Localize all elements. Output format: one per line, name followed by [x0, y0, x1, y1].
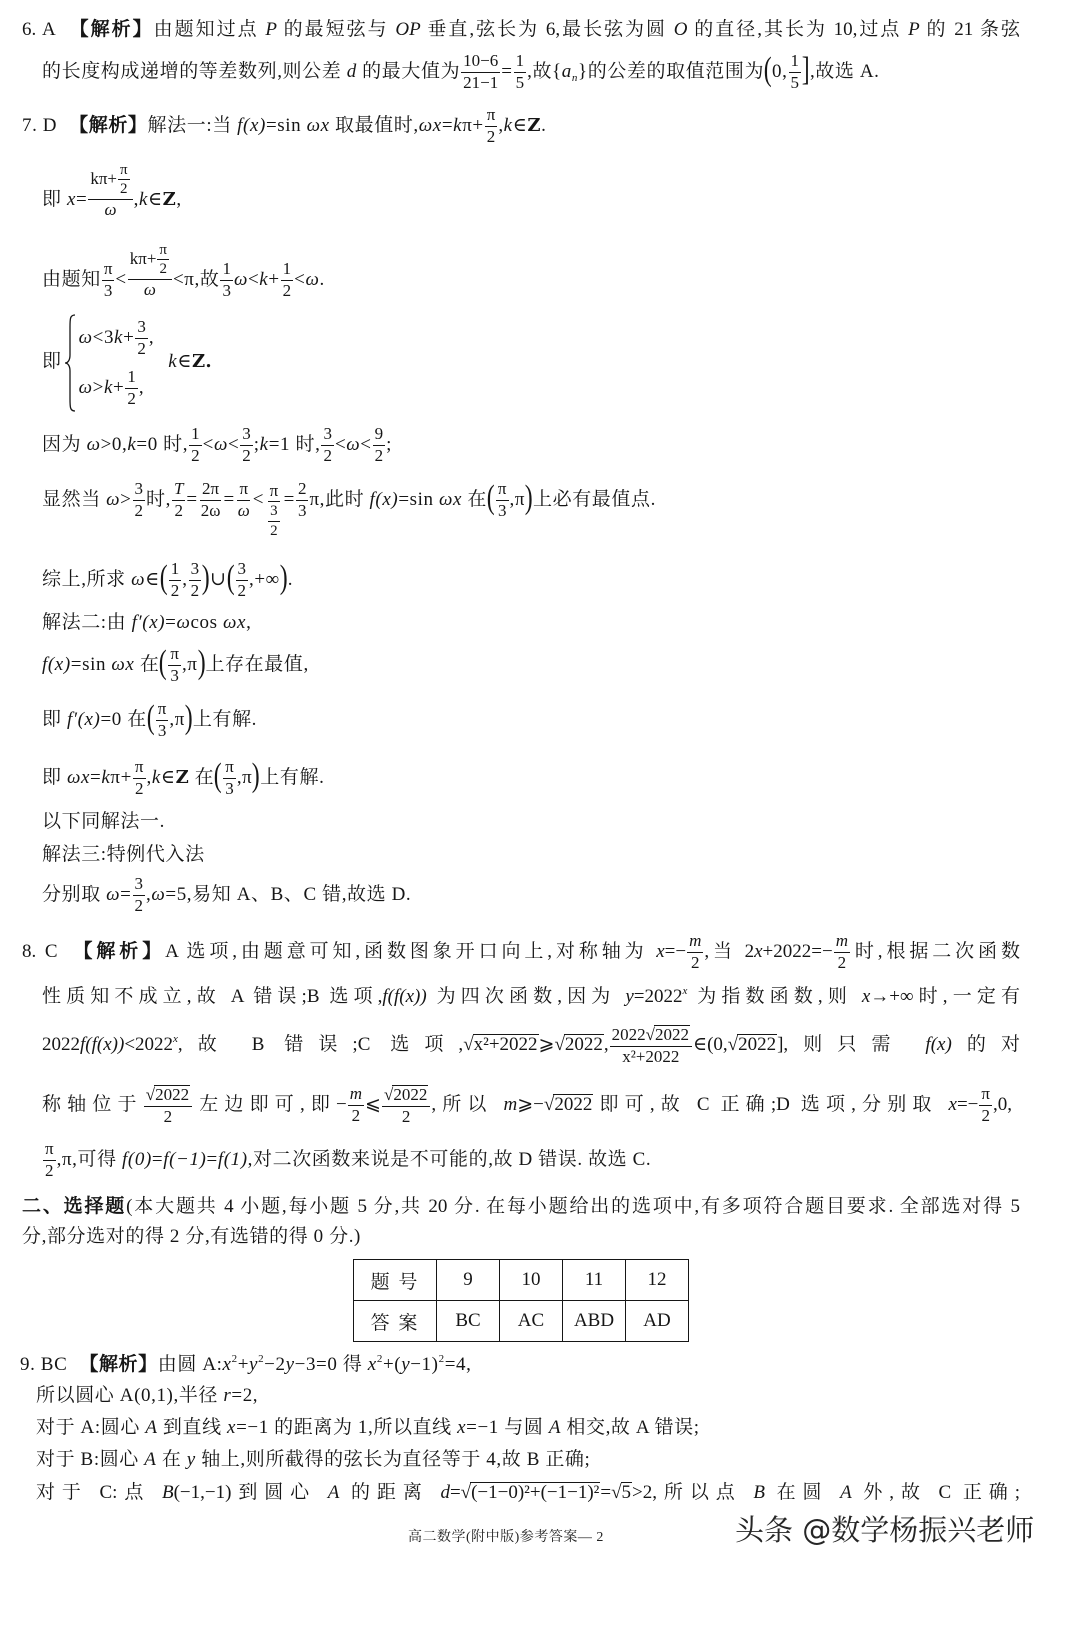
text: 由题知 — [42, 269, 101, 290]
text: <π,故 — [173, 269, 219, 290]
math-variable: x — [457, 1417, 466, 1438]
text: ∈(0, — [693, 1034, 728, 1055]
fraction-numerator: π — [102, 260, 115, 281]
table-header-cell: 11 — [563, 1260, 626, 1301]
fraction-denominator: 32 — [265, 502, 283, 539]
text: 为四次函数,因为 — [427, 986, 626, 1007]
fraction-numerator: π — [979, 1085, 992, 1106]
bracket: ( — [764, 53, 772, 87]
math-variable: k — [259, 269, 268, 290]
math-variable: OP — [395, 19, 420, 40]
analysis-tag: 【解析】 — [79, 1354, 157, 1375]
fraction-numerator: 1 — [189, 425, 202, 446]
fraction-denominator: 2 — [169, 581, 182, 601]
math-variable: ω — [177, 612, 191, 633]
fraction: π3 — [168, 645, 181, 685]
fraction-numerator: π — [237, 480, 250, 501]
section2-heading: 二、选择题(本大题共 4 小题,每小题 5 分,共 20 分. 在每小题给出的选… — [22, 1192, 1020, 1222]
math-variable: B — [753, 1482, 765, 1503]
math-variable: f′(x) — [67, 709, 101, 730]
text: 解法二:由 — [42, 612, 132, 633]
text: 以下同解法一. — [42, 811, 165, 832]
q9-line-1: 9. BC【解析】由圆 A:x2+y2−2y−3=0 得 x2+(y−1)2=4… — [20, 1350, 471, 1380]
text: 2022 — [612, 1025, 646, 1044]
radicand: 2022 — [737, 1034, 777, 1056]
fraction-denominator: ω — [102, 200, 118, 220]
fraction-numerator: 2022 — [144, 1085, 192, 1107]
math-variable: A — [328, 1482, 340, 1503]
q8-line-5: π2,π,可得 f(0)=f(−1)=f(1),对二次函数来说是不可能的,故 D… — [42, 1135, 651, 1185]
math-variable: y — [401, 1354, 410, 1375]
compound-fraction: kπ+π2ω — [88, 162, 132, 220]
text: . — [288, 569, 293, 590]
text: cos — [191, 612, 223, 633]
text: > — [93, 377, 104, 398]
text: 上必有最值点. — [533, 489, 656, 510]
text: 的 21 条弦 — [920, 19, 1020, 40]
fraction: T2 — [172, 480, 185, 520]
text: ∪ — [210, 569, 227, 590]
fraction-numerator: 1 — [281, 260, 294, 281]
math-variable: x — [949, 1094, 957, 1115]
fraction-numerator: kπ+π2 — [128, 242, 172, 280]
text: = — [600, 1482, 611, 1503]
fraction-numerator: T — [172, 480, 185, 501]
text: 到直线 — [158, 1417, 228, 1438]
text: = — [90, 767, 101, 788]
fraction-numerator: 1 — [125, 368, 138, 389]
text: > — [120, 489, 131, 510]
bracket: ( — [147, 701, 155, 735]
math-variable: ω — [306, 269, 320, 290]
fraction: 12 — [125, 368, 138, 408]
text: A 选项,由题意可知,函数图象开口向上,对称轴为 — [165, 941, 656, 962]
math-variable: k — [260, 434, 269, 455]
text: =0 时, — [136, 434, 188, 455]
fraction-denominator: 2 — [836, 953, 849, 973]
text: 即 — [42, 767, 67, 788]
q7-line-6: 显然当 ω>32时,T2=2π2ω=πω<π32=23π,此时 f(x)=sin… — [42, 460, 656, 540]
fraction-denominator: 2 — [281, 281, 294, 301]
text: >0, — [101, 434, 128, 455]
bracket: ) — [525, 481, 533, 515]
fraction-numerator: π — [133, 758, 146, 779]
text: +( — [383, 1354, 401, 1375]
text: = — [284, 489, 295, 510]
math-variable: x — [754, 941, 762, 962]
square-root: 2022 — [728, 1034, 777, 1055]
text: =sin — [266, 115, 307, 136]
fraction-numerator: 1 — [169, 560, 182, 581]
text: =−1 的距离为 1,所以直线 — [236, 1417, 457, 1438]
radicand: 2022 — [553, 1094, 593, 1116]
fraction-numerator: 3 — [240, 425, 253, 446]
fraction: 13 — [220, 260, 233, 300]
question-number: 9. BC — [20, 1354, 67, 1375]
math-variable: ω — [79, 377, 93, 398]
fraction-numerator: 3 — [236, 560, 249, 581]
fraction: 32 — [189, 560, 202, 600]
text: , — [139, 377, 144, 398]
text: ,故{ — [527, 61, 562, 82]
text: 在 — [134, 654, 159, 675]
text: 对于 B:圆心 — [36, 1449, 144, 1470]
q8-line-1: 8. C【解析】A 选项,由题意可知,函数图象开口向上,对称轴为 x=−m2,当… — [22, 927, 1020, 977]
fraction-numerator: π — [118, 162, 130, 181]
fraction-numerator: 3 — [321, 425, 334, 446]
math-variable: x — [67, 189, 76, 210]
text: 即可,故 C 正确;D 选项,分别取 — [593, 1094, 948, 1115]
text: + — [268, 269, 279, 290]
bracket: ] — [802, 53, 810, 87]
text: , — [176, 189, 181, 210]
q9-line-5: 对于 C:点 B(−1,−1)到圆心 A 的距离 d=(−1−0)²+(−1−1… — [36, 1476, 1020, 1510]
table-cell: BC — [437, 1301, 500, 1342]
q7-line-7: 综上,所求 ω∈(12,32)∪(32,+∞). — [42, 555, 293, 605]
text: = — [501, 61, 512, 82]
text: ∈ — [161, 767, 176, 788]
watermark: 头条 @数学杨振兴老师 — [735, 1510, 1034, 1550]
q8-line-4: 称轴位于20222左边即可,即−m2⩽20222,所以 m⩾−2022即可,故 … — [42, 1080, 1012, 1130]
text: }的公差的取值范围为 — [578, 61, 764, 82]
fraction: 2π2ω — [199, 480, 223, 520]
text: < — [294, 269, 305, 290]
math-variable: x — [656, 941, 664, 962]
fraction-denominator: 2 — [689, 953, 702, 973]
text: =5,易知 A、B、C 错,故选 D. — [165, 884, 411, 905]
text: 综上,所求 — [42, 569, 131, 590]
math-variable: ω — [87, 434, 101, 455]
text: 的直径,其长为 10,过点 — [688, 19, 909, 40]
fraction: π2 — [157, 242, 169, 278]
bracket: ) — [252, 759, 260, 793]
fraction-numerator: 3 — [135, 318, 148, 339]
fraction: 20222022x²+2022 — [610, 1025, 692, 1066]
text: = — [152, 1149, 163, 1170]
math-variable: P — [265, 19, 277, 40]
text: , — [246, 612, 251, 633]
text: 取最值时, — [330, 115, 419, 136]
math-variable: ωx — [67, 767, 90, 788]
fraction-denominator: 3 — [168, 666, 181, 686]
math-variable: A — [549, 1417, 561, 1438]
text: =0 在 — [100, 709, 146, 730]
text: ,对二次函数来说是不可能的,故 D 错误. 故选 C. — [248, 1149, 652, 1170]
math-variable: f(x) — [42, 654, 71, 675]
table-header-cell: 题 号 — [354, 1260, 437, 1301]
text: ,π — [510, 489, 526, 510]
math-variable: x — [368, 1354, 377, 1375]
text: 的对 — [952, 1034, 1020, 1055]
fraction-numerator: 3 — [133, 875, 146, 896]
fraction: 23 — [296, 480, 309, 520]
text: ,故选 A. — [810, 61, 880, 82]
fraction-denominator: 2 — [125, 389, 138, 409]
fraction: m2 — [348, 1085, 364, 1125]
bracket: ( — [214, 759, 222, 793]
math-variable: k — [453, 115, 462, 136]
text: + — [123, 327, 134, 348]
fraction: πω — [236, 480, 252, 520]
fraction-denominator: 2 — [189, 581, 202, 601]
math-variable: O — [674, 19, 688, 40]
fraction: 32 — [135, 318, 148, 358]
text: =4, — [445, 1354, 472, 1375]
text: + — [113, 377, 124, 398]
fraction-denominator: 21−1 — [461, 73, 500, 93]
section-title: 二、选择题 — [22, 1196, 126, 1217]
math-variable: k — [104, 377, 113, 398]
text: < — [203, 434, 214, 455]
integer-set-symbol: Z. — [192, 351, 212, 372]
text: <2022 — [124, 1034, 173, 1055]
bracket: ( — [487, 481, 495, 515]
math-variable: f(0) — [122, 1149, 152, 1170]
analysis-tag: 【解析】 — [69, 115, 147, 136]
fraction-denominator: ω — [236, 501, 252, 521]
fraction: π3 — [102, 260, 115, 300]
text: ⩾ — [539, 1034, 555, 1055]
table-cell: AC — [500, 1301, 563, 1342]
bracket: ) — [197, 646, 205, 680]
text: 在 — [462, 489, 487, 510]
math-variable: ω — [151, 884, 165, 905]
text: 在圆 — [765, 1482, 840, 1503]
text: = — [186, 489, 197, 510]
text: 的最短弦与 — [277, 19, 395, 40]
math-variable: A — [144, 1449, 156, 1470]
text: π+ — [110, 767, 132, 788]
question-number: 7. D — [22, 115, 57, 136]
fraction-denominator: 2 — [135, 339, 148, 359]
system-rows: ω<3k+32,ω>k+12, — [76, 313, 155, 413]
square-root: 2022 — [554, 1034, 603, 1055]
fraction-denominator: 5 — [514, 73, 527, 93]
fraction: m2 — [687, 932, 703, 972]
text: →+∞时,一定有 — [870, 986, 1020, 1007]
fraction: 10−621−1 — [461, 52, 500, 92]
text: (−1,−1)到圆心 — [174, 1482, 328, 1503]
fraction: 32 — [268, 503, 280, 539]
math-variable: P — [908, 19, 920, 40]
math-variable: x — [223, 1354, 232, 1375]
fraction-denominator: 2 — [157, 260, 169, 278]
fraction: π2 — [118, 162, 130, 198]
math-variable: m — [504, 1094, 518, 1115]
fraction-numerator: π — [168, 645, 181, 666]
math-variable: f(1) — [218, 1149, 248, 1170]
math-variable: y — [249, 1354, 258, 1375]
text: < — [228, 434, 239, 455]
text: ∈ — [513, 115, 528, 136]
math-variable: ω — [234, 269, 248, 290]
text: 即 — [42, 351, 62, 372]
analysis-tag: 【解析】 — [70, 941, 166, 962]
fraction: 32 — [236, 560, 249, 600]
math-variable: k — [139, 189, 148, 210]
text: ,π — [237, 767, 253, 788]
text: ,π — [169, 709, 185, 730]
fraction: π2 — [979, 1085, 992, 1125]
math-variable: ω — [106, 489, 120, 510]
text: π+ — [462, 115, 484, 136]
fraction-numerator: 3 — [133, 480, 146, 501]
fraction-denominator: 2 — [43, 1161, 56, 1181]
fraction-denominator: 2 — [118, 180, 130, 198]
table-header-cell: 10 — [500, 1260, 563, 1301]
table-cell: 答 案 — [354, 1301, 437, 1342]
math-variable: ω — [346, 434, 360, 455]
text: <3 — [93, 327, 114, 348]
page-footer: 高二数学(附中版)参考答案— 2 — [408, 1528, 604, 1548]
fraction-numerator: 1 — [514, 52, 527, 73]
fraction-numerator: 20222022 — [610, 1025, 692, 1047]
math-variable: d — [440, 1482, 450, 1503]
fraction-denominator: x²+2022 — [620, 1047, 681, 1067]
text: 左边即可,即− — [193, 1094, 347, 1115]
bracket: ) — [202, 561, 210, 595]
text: 为指数函数,则 — [687, 986, 861, 1007]
math-variable: k — [168, 351, 177, 372]
text: 相交,故 A 错误; — [561, 1417, 700, 1438]
text: 时,根据二次函数 — [851, 941, 1020, 962]
fraction: π3 — [156, 700, 169, 740]
fraction-denominator: 3 — [223, 779, 236, 799]
text: 分别取 — [42, 884, 106, 905]
text: = — [223, 489, 234, 510]
radicand: 2022 — [392, 1085, 428, 1105]
radicand: (−1−0)²+(−1−1)² — [470, 1482, 600, 1504]
math-variable: y — [625, 986, 633, 1007]
fraction-numerator: π — [223, 758, 236, 779]
fraction-numerator: 2022 — [382, 1085, 430, 1107]
equation-system: ω<3k+32,ω>k+12, — [64, 313, 155, 413]
fraction: π2 — [485, 106, 498, 146]
text: 的最大值为 — [357, 61, 460, 82]
text: =sin — [71, 654, 112, 675]
system-row-1: ω<3k+32, — [79, 313, 155, 363]
q9-line-3: 对于 A:圆心 A 到直线 x=−1 的距离为 1,所以直线 x=−1 与圆 A… — [36, 1413, 700, 1443]
fraction-denominator: 2 — [162, 1107, 175, 1127]
text: 所以圆心 A(0,1),半径 — [36, 1385, 223, 1406]
fraction: 20222 — [144, 1085, 192, 1126]
square-root: 2022 — [646, 1025, 690, 1044]
text: ,0, — [993, 1094, 1012, 1115]
table-cell: AD — [626, 1301, 689, 1342]
fraction-denominator: 2 — [268, 522, 280, 540]
fraction: 32 — [133, 480, 146, 520]
text: 轴上,则所截得的弦长为直径等于 4,故 B 正确; — [196, 1449, 591, 1470]
text: 0, — [772, 61, 787, 82]
fraction-denominator: 2 — [133, 779, 146, 799]
text: ,+∞ — [249, 569, 280, 590]
q7-line-10: 即 f′(x)=0 在(π3,π)上有解. — [42, 695, 257, 745]
fraction-numerator: 2π — [200, 480, 221, 501]
table-cell: ABD — [563, 1301, 626, 1342]
text: ⩾− — [517, 1094, 544, 1115]
text: kπ+ — [130, 249, 157, 268]
text: 称轴位于 — [42, 1094, 143, 1115]
text: 即 — [42, 709, 67, 730]
q6-line-2: 的长度构成递增的等差数列,则公差 d 的最大值为10−621−1=15,故{an… — [42, 47, 880, 97]
square-root: 5 — [611, 1482, 632, 1503]
fraction-denominator: 3 — [156, 721, 169, 741]
fraction: π2 — [133, 758, 146, 798]
analysis-tag: 【解析】 — [68, 19, 154, 40]
integer-set-symbol: Z — [163, 189, 177, 210]
text: < — [248, 269, 259, 290]
fraction-numerator: π — [157, 242, 169, 261]
question-number: 8. C — [22, 941, 58, 962]
fraction: m2 — [834, 932, 850, 972]
fraction: 12 — [169, 560, 182, 600]
math-variable: k — [152, 767, 161, 788]
text: 对于 C:点 — [36, 1482, 162, 1503]
fraction-numerator: 3 — [268, 503, 280, 522]
radicand: 5 — [621, 1482, 633, 1504]
math-variable: f(−1) — [163, 1149, 206, 1170]
q8-line-2: 性质知不成立,故 A 错误;B 选项,f(f(x)) 为四次函数,因为 y=20… — [42, 982, 1020, 1012]
left-brace-icon — [64, 313, 76, 413]
q7-line-2: 即 x=kπ+π2ω,k∈Z, — [42, 160, 182, 240]
answer-table-answer-row: 答 案 BC AC ABD AD — [354, 1301, 689, 1342]
fraction-denominator: 2 — [133, 896, 146, 916]
text: π,此时 — [309, 489, 369, 510]
text: 在 — [189, 767, 214, 788]
text: =2022 — [634, 986, 683, 1007]
math-variable: B — [162, 1482, 174, 1503]
fraction-numerator: 10−6 — [461, 52, 500, 73]
q7-line-9: f(x)=sin ωx 在(π3,π)上存在最值, — [42, 640, 309, 690]
bracket: ( — [226, 561, 234, 595]
q7-line-1: 7. D【解析】解法一:当 f(x)=sin ωx 取最值时,ωx=kπ+π2,… — [22, 101, 547, 151]
fraction-denominator: 3 — [102, 281, 115, 301]
text: 的距离 — [339, 1482, 440, 1503]
square-root: x²+2022 — [463, 1034, 538, 1055]
text: 2022 — [42, 1034, 80, 1055]
text: =1 时, — [269, 434, 321, 455]
fraction-numerator: π — [268, 482, 281, 503]
integer-set-symbol: Z — [176, 767, 190, 788]
fraction-numerator: kπ+π2 — [88, 162, 132, 200]
text: , — [182, 569, 187, 590]
fraction-denominator: 2 — [350, 1106, 363, 1126]
bracket: ) — [185, 701, 193, 735]
text: < — [360, 434, 371, 455]
math-variable: ωx — [439, 489, 462, 510]
math-variable: ωx — [111, 654, 134, 675]
text: 上有解. — [193, 709, 257, 730]
fraction-denominator: 3 — [496, 501, 509, 521]
text: + — [238, 1354, 249, 1375]
text: =−1 与圆 — [466, 1417, 549, 1438]
fraction-denominator: 2 — [133, 501, 146, 521]
fraction: π2 — [43, 1140, 56, 1180]
text: 性质知不成立,故 A 错误;B 选项, — [42, 986, 382, 1007]
text: ⩽ — [365, 1094, 381, 1115]
fraction-denominator: ω — [142, 280, 158, 300]
math-variable: ωx — [307, 115, 330, 136]
fraction-denominator: 2 — [236, 581, 249, 601]
fraction: 32 — [133, 875, 146, 915]
q7-inequality-system: 即ω<3k+32,ω>k+12,k∈Z. — [42, 307, 212, 417]
text: = — [120, 884, 131, 905]
fraction-numerator: m — [687, 932, 703, 953]
fraction: 15 — [789, 52, 802, 92]
math-variable: a — [562, 61, 572, 82]
fraction-numerator: 1 — [789, 52, 802, 73]
text: , — [149, 327, 154, 348]
